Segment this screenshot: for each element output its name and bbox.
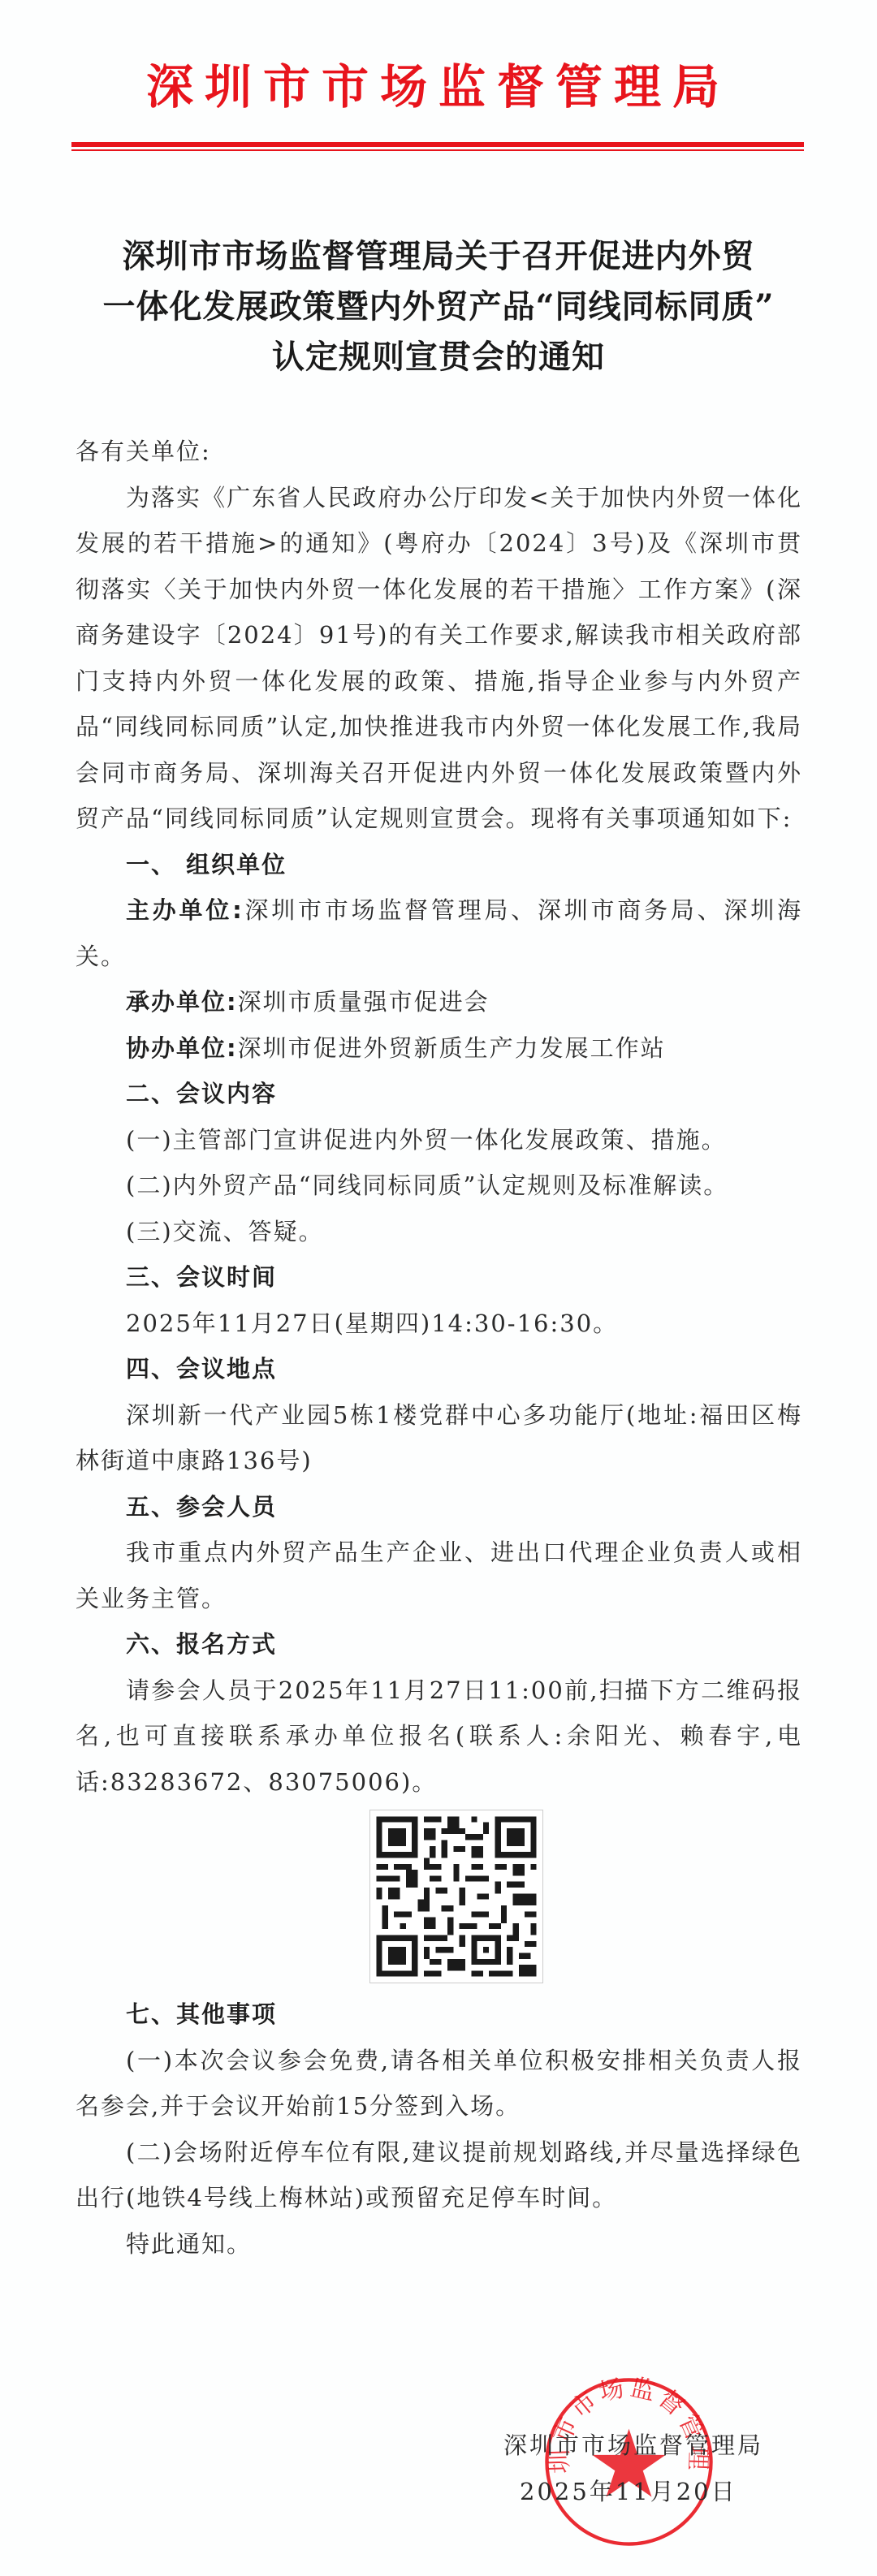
content-item-1: (一)主管部门宣讲促进内外贸一体化发展政策、措施。 xyxy=(76,1117,802,1163)
document-body: 各有关单位: 为落实《广东省人民政府办公厅印发<关于加快内外贸一体化发展的若干措… xyxy=(76,429,802,2267)
title-line-1: 深圳市市场监督管理局关于召开促进内外贸 xyxy=(49,231,828,282)
co-organizer-label: 协办单位: xyxy=(126,1034,238,1062)
co-organizer-value: 深圳市促进外贸新质生产力发展工作站 xyxy=(238,1034,666,1062)
content-item-3: (三)交流、答疑。 xyxy=(76,1209,802,1255)
masthead-rule-thin xyxy=(71,149,804,151)
other-item-2: (二)会场附近停车位有限,建议提前规划路线,并尽量选择绿色出行(地铁4号线上梅林… xyxy=(76,2129,802,2221)
organizer-value: 深圳市质量强市促进会 xyxy=(238,988,490,1016)
section-6-heading: 六、报名方式 xyxy=(76,1621,802,1668)
section-4-heading: 四、会议地点 xyxy=(76,1346,802,1392)
other-item-1: (一)本次会议参会免费,请各相关单位积极安排相关负责人报名参会,并于会议开始前1… xyxy=(76,2038,802,2129)
meeting-time: 2025年11月27日(星期四)14:30-16:30。 xyxy=(76,1301,802,1347)
registration-text: 请参会人员于2025年11月27日11:00前,扫描下方二维码报名,也可直接联系… xyxy=(76,1668,802,1806)
document-page: 深圳市市场监督管理局 深圳市市场监督管理局关于召开促进内外贸 一体化发展政策暨内… xyxy=(0,0,877,2576)
organizer-unit: 承办单位:深圳市质量强市促进会 xyxy=(76,979,802,1025)
qr-container xyxy=(76,1810,802,1972)
title-line-3: 认定规则宣贯会的通知 xyxy=(49,332,828,382)
co-organizer-unit: 协办单位:深圳市促进外贸新质生产力发展工作站 xyxy=(76,1025,802,1072)
signature-date: 2025年11月20日 xyxy=(520,2474,828,2507)
title-line-2: 一体化发展政策暨内外贸产品“同线同标同质” xyxy=(49,282,828,332)
host-label: 主办单位: xyxy=(126,896,244,924)
content-item-2: (二)内外贸产品“同线同标同质”认定规则及标准解读。 xyxy=(76,1163,802,1209)
section-5-heading: 五、参会人员 xyxy=(76,1484,802,1530)
document-title: 深圳市市场监督管理局关于召开促进内外贸 一体化发展政策暨内外贸产品“同线同标同质… xyxy=(49,231,828,382)
section-3-heading: 三、会议时间 xyxy=(76,1254,802,1301)
meeting-location: 深圳新一代产业园5栋1楼党群中心多功能厅(地址:福田区梅林街道中康路136号) xyxy=(76,1392,802,1484)
signature-agency: 深圳市市场监督管理局 xyxy=(503,2427,812,2461)
official-seal-icon: 深圳市市场监督管理局 xyxy=(542,2375,716,2549)
qr-code-icon[interactable] xyxy=(369,1810,543,1983)
section-2-heading: 二、会议内容 xyxy=(76,1071,802,1117)
closing-remark: 特此通知。 xyxy=(76,2221,802,2267)
intro-paragraph: 为落实《广东省人民政府办公厅印发<关于加快内外贸一体化发展的若干措施>的通知》(… xyxy=(76,475,802,842)
host-units: 主办单位:深圳市市场监督管理局、深圳市商务局、深圳海关。 xyxy=(76,887,802,979)
organizer-label: 承办单位: xyxy=(126,988,238,1016)
attendees: 我市重点内外贸产品生产企业、进出口代理企业负责人或相关业务主管。 xyxy=(76,1530,802,1621)
masthead-rule-thick xyxy=(71,142,804,147)
section-1-heading: 一、 组织单位 xyxy=(76,842,802,888)
agency-masthead: 深圳市市场监督管理局 xyxy=(0,58,877,115)
section-7-heading: 七、其他事项 xyxy=(76,1991,802,2038)
salutation: 各有关单位: xyxy=(76,429,802,475)
